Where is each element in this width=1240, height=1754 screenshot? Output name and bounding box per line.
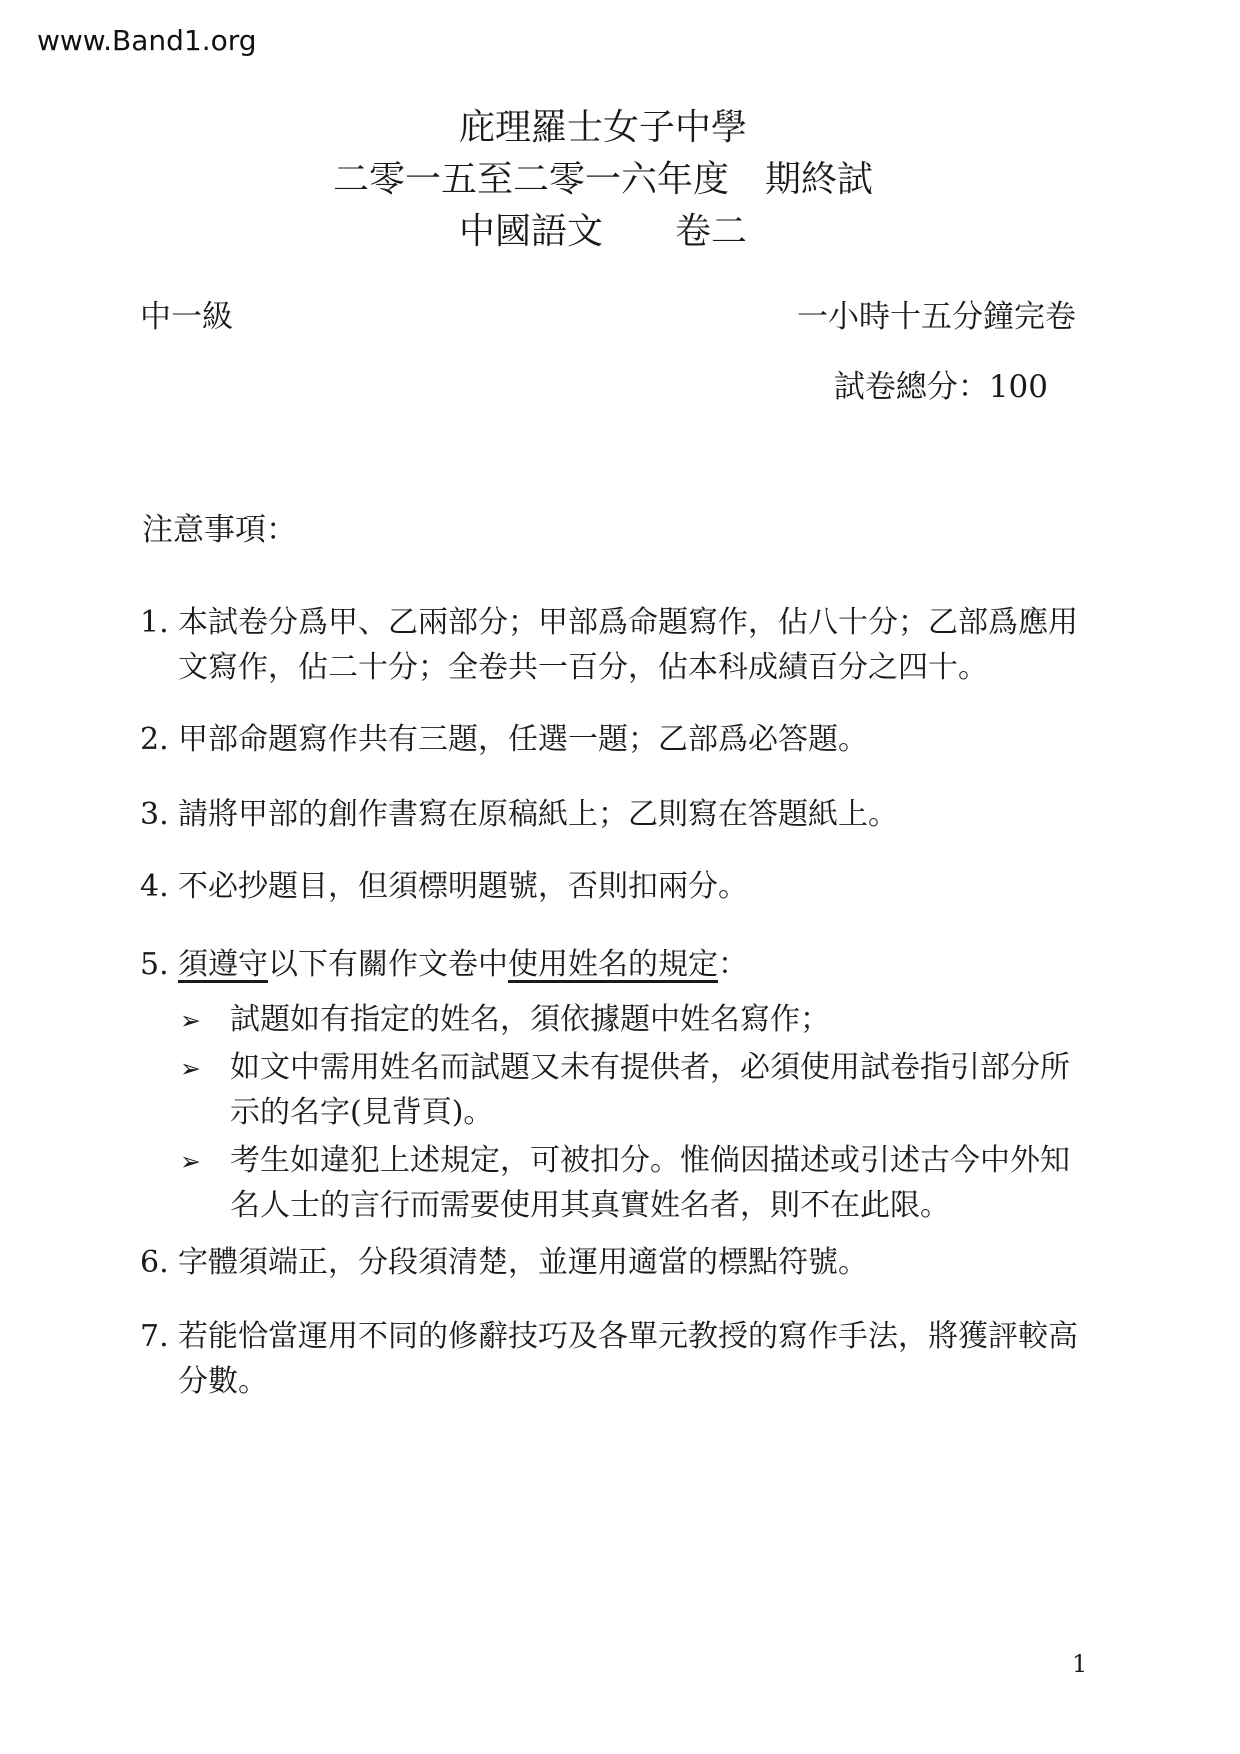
sub-instruction-text: 考生如違犯上述規定，可被扣分。惟倘因描述或引述古今中外知名人士的言行而需要使用其… xyxy=(230,1143,1070,1223)
class-level: 中一級 xyxy=(140,291,233,336)
subject-paper: 中國語文 卷二 xyxy=(0,206,1206,258)
sub-instruction-3: ➢ 考生如違犯上述規定，可被扣分。惟倘因描述或引述古今中外知名人士的言行而需要使… xyxy=(140,1138,1092,1228)
instructions-heading: 注意事項： xyxy=(142,504,297,549)
sub-instruction-text: 試題如有指定的姓名，須依據題中姓名寫作； xyxy=(230,1002,830,1037)
sub-instruction-text: 如文中需用姓名而試題又未有提供者，必須使用試卷指引部分所示的名字(見背頁)。 xyxy=(230,1050,1070,1130)
arrow-bullet-icon: ➢ xyxy=(180,998,201,1043)
instruction-text-underlined: 使用姓名的規定 xyxy=(508,947,718,982)
arrow-bullet-icon: ➢ xyxy=(180,1139,201,1184)
instruction-text: 字體須端正，分段須清楚，並運用適當的標點符號。 xyxy=(178,1245,868,1280)
instruction-text: 請將甲部的創作書寫在原稿紙上；乙則寫在答題紙上。 xyxy=(178,797,898,832)
instruction-number: 2. xyxy=(140,717,178,762)
total-marks: 試卷總分：100 xyxy=(834,361,1048,406)
exam-session: 二零一五至二零一六年度 期終試 xyxy=(0,154,1206,206)
instruction-number: 4. xyxy=(140,864,178,909)
instruction-item-1: 1.本試卷分爲甲、乙兩部分；甲部爲命題寫作，佔八十分；乙部爲應用文寫作，佔二十分… xyxy=(140,600,1092,690)
arrow-bullet-icon: ➢ xyxy=(180,1046,201,1091)
instruction-item-6: 6.字體須端正，分段須清楚，並運用適當的標點符號。 xyxy=(140,1240,1092,1285)
instruction-number: 1. xyxy=(140,600,178,645)
time-allowed: 一小時十五分鐘完卷 xyxy=(797,291,1076,336)
instruction-item-7: 7.若能恰當運用不同的修辭技巧及各單元教授的寫作手法，將獲評較高分數。 xyxy=(140,1314,1092,1404)
instruction-text: ： xyxy=(718,947,748,982)
instruction-item-2: 2.甲部命題寫作共有三題，任選一題；乙部爲必答題。 xyxy=(140,717,1092,762)
sub-instruction-1: ➢ 試題如有指定的姓名，須依據題中姓名寫作； xyxy=(140,997,1092,1042)
instruction-text: 不必抄題目，但須標明題號，否則扣兩分。 xyxy=(178,869,748,904)
title-block: 庇理羅士女子中學 二零一五至二零一六年度 期終試 中國語文 卷二 xyxy=(0,102,1206,258)
info-row: 中一級 一小時十五分鐘完卷 xyxy=(140,291,1076,336)
instruction-text: 若能恰當運用不同的修辭技巧及各單元教授的寫作手法，將獲評較高分數。 xyxy=(178,1319,1078,1399)
instructions-list: 1.本試卷分爲甲、乙兩部分；甲部爲命題寫作，佔八十分；乙部爲應用文寫作，佔二十分… xyxy=(140,600,1092,1404)
instruction-text-underlined: 須遵守 xyxy=(178,947,268,982)
sub-instruction-2: ➢ 如文中需用姓名而試題又未有提供者，必須使用試卷指引部分所示的名字(見背頁)。 xyxy=(140,1045,1092,1135)
document-page: www.Band1.org 庇理羅士女子中學 二零一五至二零一六年度 期終試 中… xyxy=(0,0,1240,1754)
instruction-text: 本試卷分爲甲、乙兩部分；甲部爲命題寫作，佔八十分；乙部爲應用文寫作，佔二十分；全… xyxy=(178,605,1078,685)
school-name: 庇理羅士女子中學 xyxy=(0,102,1206,154)
instruction-number: 7. xyxy=(140,1314,178,1359)
instruction-number: 6. xyxy=(140,1240,178,1285)
instruction-item-3: 3.請將甲部的創作書寫在原稿紙上；乙則寫在答題紙上。 xyxy=(140,792,1092,837)
instruction-text: 甲部命題寫作共有三題，任選一題；乙部爲必答題。 xyxy=(178,722,868,757)
instruction-item-5: 5.須遵守以下有關作文卷中使用姓名的規定： xyxy=(140,942,1092,987)
instruction-number: 5. xyxy=(140,942,178,987)
instruction-number: 3. xyxy=(140,792,178,837)
page-number: 1 xyxy=(1072,1650,1087,1678)
instruction-item-4: 4.不必抄題目，但須標明題號，否則扣兩分。 xyxy=(140,864,1092,909)
instruction-text: 以下有關作文卷中 xyxy=(268,947,508,982)
watermark-text: www.Band1.org xyxy=(37,24,257,57)
